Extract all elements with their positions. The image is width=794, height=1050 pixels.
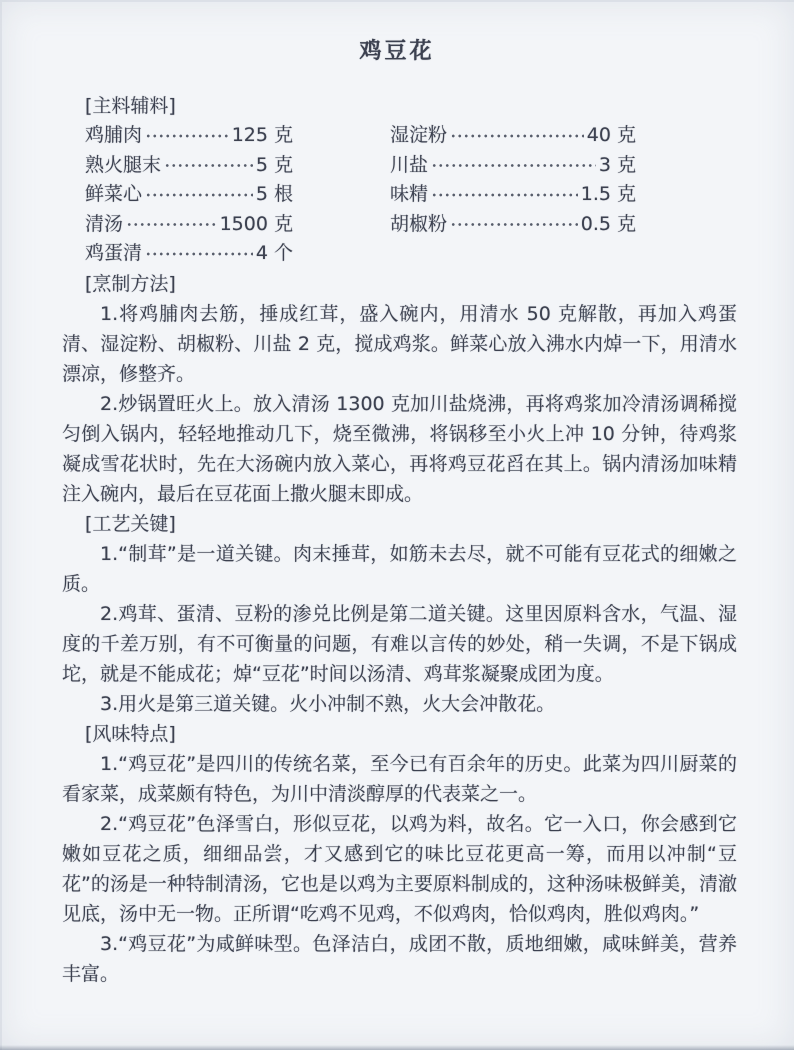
ingredient-name: 湿淀粉 (390, 121, 447, 151)
ingredient-amount: 5 克 (256, 151, 293, 181)
dot-leader (145, 180, 253, 210)
section-heading: [烹制方法] (62, 269, 737, 299)
paragraph: 2.炒锅置旺火上。放入清汤 1300 克加川盐烧沸，再将鸡浆加冷清汤调稀搅匀倒入… (62, 389, 737, 509)
dot-leader (164, 151, 253, 181)
ingredients-list: 鸡脯肉125 克熟火腿末5 克鲜菜心5 根清汤1500 克鸡蛋清4 个 湿淀粉4… (85, 121, 737, 269)
paragraph: 1.将鸡脯肉去筋，捶成红茸，盛入碗内，用清水 50 克解散，再加入鸡蛋清、湿淀粉… (62, 299, 737, 389)
scan-bottom-edge (0, 1045, 794, 1050)
ingredient-row: 熟火腿末5 克 (85, 151, 293, 181)
dot-leader (431, 151, 596, 181)
dot-leader (145, 121, 229, 151)
ingredient-row: 清汤1500 克 (85, 210, 293, 240)
ingredient-amount: 40 克 (587, 121, 636, 151)
ingredients-col-left: 鸡脯肉125 克熟火腿末5 克鲜菜心5 根清汤1500 克鸡蛋清4 个 (85, 121, 293, 269)
ingredient-amount: 3 克 (599, 151, 636, 181)
dot-leader (431, 180, 578, 210)
scanned-recipe-page: 鸡豆花 [主料辅料] 鸡脯肉125 克熟火腿末5 克鲜菜心5 根清汤1500 克… (0, 0, 794, 1050)
ingredient-row: 鲜菜心5 根 (85, 180, 293, 210)
ingredient-row: 味精1.5 克 (390, 180, 636, 210)
dot-leader (450, 121, 584, 151)
ingredient-name: 胡椒粉 (390, 210, 447, 240)
ingredient-amount: 125 克 (232, 121, 293, 151)
ingredient-row: 胡椒粉0.5 克 (390, 210, 636, 240)
paragraph: 1.“制茸”是一道关键。肉末捶茸，如筋未去尽，就不可能有豆花式的细嫩之质。 (62, 539, 737, 599)
ingredient-row: 川盐3 克 (390, 151, 636, 181)
paragraph: 2.鸡茸、蛋清、豆粉的渗兑比例是第二道关键。这里因原料含水，气温、湿度的千差万别… (62, 599, 737, 689)
ingredient-row: 湿淀粉40 克 (390, 121, 636, 151)
sections: [烹制方法]1.将鸡脯肉去筋，捶成红茸，盛入碗内，用清水 50 克解散，再加入鸡… (62, 269, 737, 989)
section-heading: [工艺关键] (62, 509, 737, 539)
ingredient-row: 鸡脯肉125 克 (85, 121, 293, 151)
ingredients-col-right: 湿淀粉40 克川盐3 克味精1.5 克胡椒粉0.5 克 (390, 121, 636, 269)
section-heading-ingredients: [主料辅料] (62, 91, 737, 121)
ingredient-name: 味精 (390, 180, 428, 210)
ingredient-row: 鸡蛋清4 个 (85, 239, 293, 269)
ingredient-name: 清汤 (85, 210, 123, 240)
paragraph: 3.用火是第三道关键。火小冲制不熟，火大会冲散花。 (62, 689, 737, 719)
ingredient-name: 鸡脯肉 (85, 121, 142, 151)
section-heading: [风味特点] (62, 719, 737, 749)
paragraph: 2.“鸡豆花”色泽雪白，形似豆花，以鸡为料，故名。它一入口，你会感到它嫩如豆花之… (62, 809, 737, 929)
dot-leader (450, 210, 578, 240)
ingredient-amount: 1.5 克 (581, 180, 636, 210)
ingredient-name: 鲜菜心 (85, 180, 142, 210)
dot-leader (126, 210, 217, 240)
paragraph: 1.“鸡豆花”是四川的传统名菜，至今已有百余年的历史。此菜为四川厨菜的看家菜，成… (62, 749, 737, 809)
ingredient-name: 熟火腿末 (85, 151, 161, 181)
page-title: 鸡豆花 (0, 0, 794, 65)
ingredient-name: 川盐 (390, 151, 428, 181)
paragraph: 3.“鸡豆花”为咸鲜味型。色泽洁白，成团不散，质地细嫩，咸味鲜美，营养丰富。 (62, 929, 737, 989)
ingredient-name: 鸡蛋清 (85, 239, 142, 269)
dot-leader (145, 239, 253, 269)
ingredient-amount: 0.5 克 (581, 210, 636, 240)
ingredient-amount: 5 根 (256, 180, 293, 210)
ingredient-amount: 4 个 (256, 239, 293, 269)
ingredient-amount: 1500 克 (220, 210, 293, 240)
recipe-content: [主料辅料] 鸡脯肉125 克熟火腿末5 克鲜菜心5 根清汤1500 克鸡蛋清4… (62, 91, 737, 989)
